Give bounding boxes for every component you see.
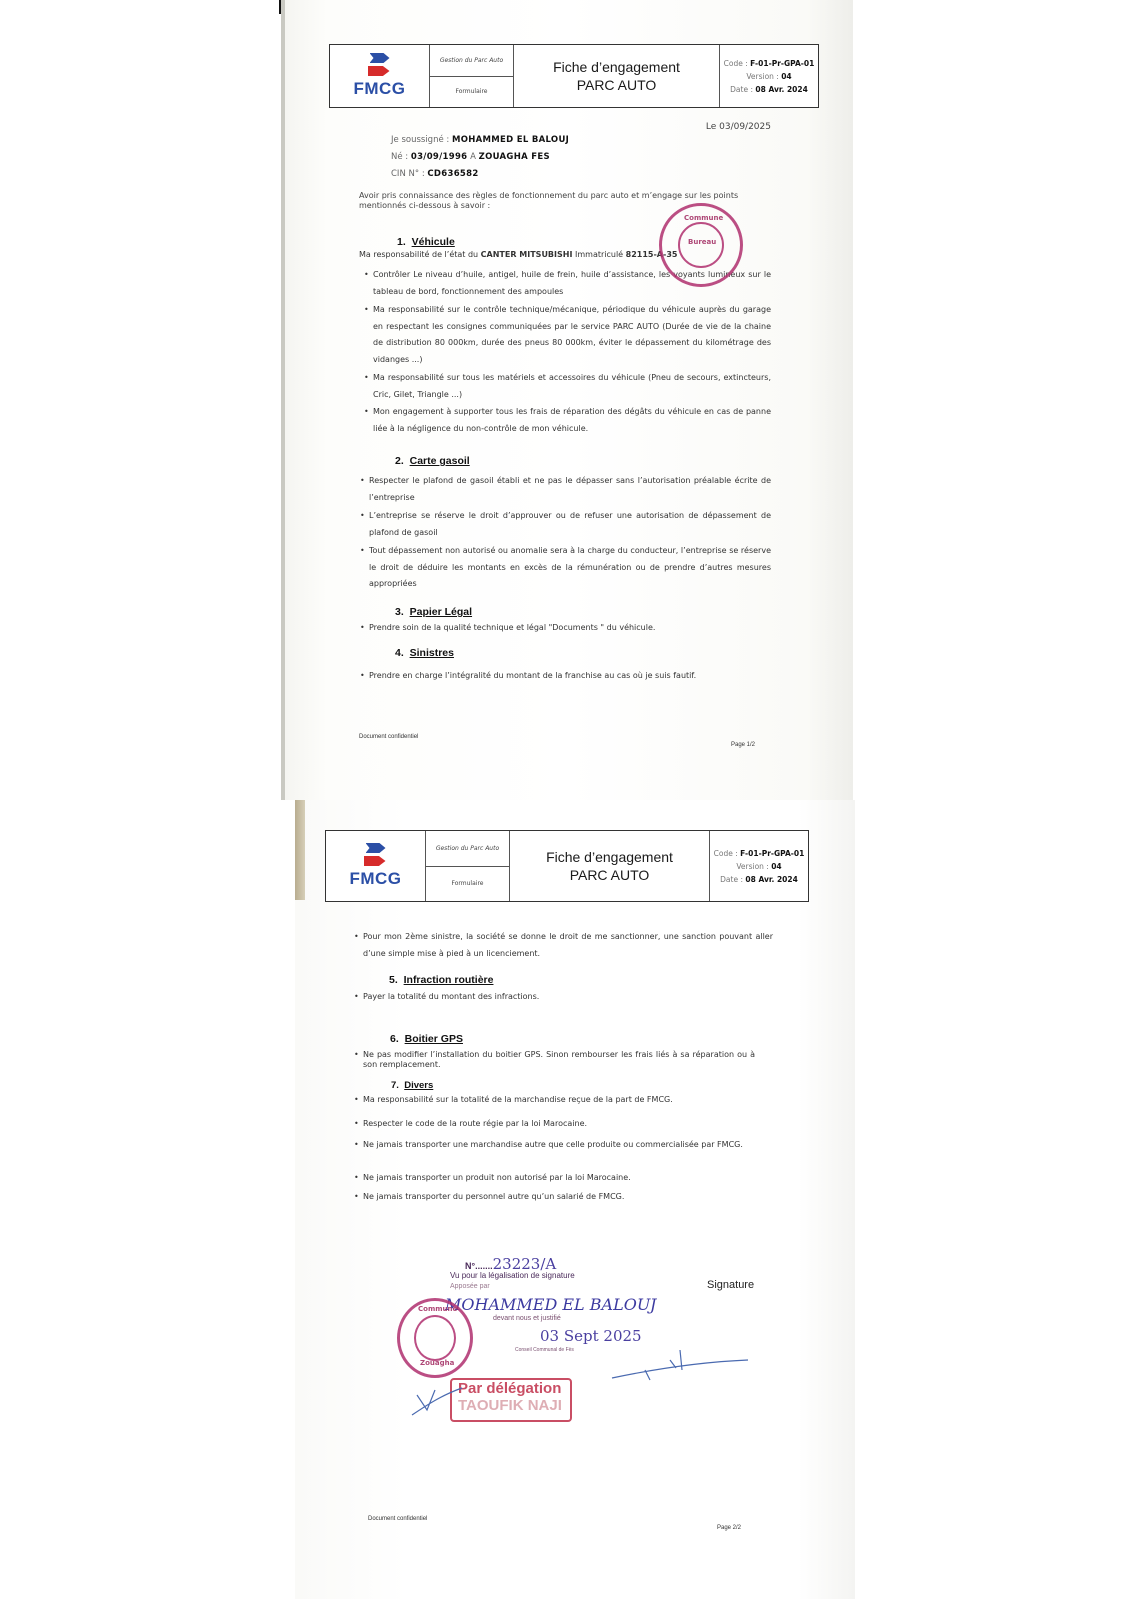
section-2-title: 2. Carte gasoil [395, 455, 470, 467]
logo-text: FMCG [353, 79, 405, 99]
document-title: Fiche d’engagement PARC AUTO [510, 831, 710, 901]
list-item: •Tout dépassement non autorisé ou anomal… [369, 543, 771, 593]
undersigned-line: Je soussigné : MOHAMMED EL BALOUJ [391, 135, 569, 145]
code-label: Code : [714, 849, 738, 858]
bullet-text: Payer la totalité du montant des infract… [363, 992, 539, 1001]
bullet-text: Ma responsabilité sur tous les matériels… [373, 373, 771, 399]
number-label: N° [465, 1261, 475, 1271]
section-5-title: 5. Infraction routière [389, 974, 493, 986]
born-place: ZOUAGHA FES [479, 152, 550, 162]
code-value: F-01-Pr-GPA-01 [740, 849, 804, 858]
header-dept: Gestion du Parc Auto Formulaire [426, 831, 510, 901]
section-label: Carte gasoil [410, 455, 470, 467]
section-num: 6. [390, 1033, 399, 1045]
undersigned-label: Je soussigné : [391, 135, 449, 145]
section-label: Divers [404, 1080, 433, 1091]
commune-stamp: Commune Bureau [659, 203, 743, 287]
page-edge [295, 800, 305, 900]
lead-mid: Immatriculé [572, 250, 625, 259]
section-1-title: 1. Véhicule [397, 236, 455, 248]
list-item: •Ne pas modifier l’installation du boiti… [363, 1050, 755, 1070]
list-item: •Prendre soin de la qualité technique et… [369, 620, 789, 637]
list-item: •Respecter le code de la route régie par… [363, 1116, 783, 1133]
bullet-text: Ne jamais transporter un produit non aut… [363, 1173, 631, 1182]
undersigned-name: MOHAMMED EL BALOUJ [452, 135, 569, 145]
date-value: 08 Avr. 2024 [745, 875, 797, 884]
cin-line: CIN N° : CD636582 [391, 169, 479, 179]
code-row: Code : F-01-Pr-GPA-01 [714, 847, 805, 860]
section-3-title: 3. Papier Légal [395, 606, 472, 618]
section-num: 4. [395, 647, 404, 659]
bullet-text: Ne jamais transporter du personnel autre… [363, 1192, 624, 1201]
initials-scribble-icon [407, 1380, 467, 1420]
list-item: •Ne jamais transporter une marchandise a… [363, 1140, 763, 1150]
bullet-text: Pour mon 2ème sinistre, la société se do… [363, 932, 773, 958]
document-header: FMCG Gestion du Parc Auto Formulaire Fic… [325, 830, 809, 902]
version-label: Version : [736, 862, 769, 871]
date-value: 08 Avr. 2024 [755, 85, 807, 94]
section-label: Véhicule [412, 236, 455, 248]
commune-text: Conseil Communal de Fès [515, 1347, 574, 1353]
bullet-text: Respecter le plafond de gasoil établi et… [369, 476, 771, 502]
section-label: Sinistres [410, 647, 454, 659]
list-item: •Payer la totalité du montant des infrac… [363, 989, 773, 1006]
section-num: 7. [391, 1080, 399, 1091]
continuation-item: •Pour mon 2ème sinistre, la société se d… [363, 928, 773, 962]
list-item: •Ne jamais transporter du personnel autr… [363, 1189, 783, 1206]
section-num: 1. [397, 236, 406, 248]
document-page-1: FMCG Gestion du Parc Auto Formulaire Fic… [281, 0, 853, 800]
delegation-line-2: TAOUFIK NAJI [458, 1397, 570, 1414]
department-label: Gestion du Parc Auto [426, 831, 509, 866]
date-row: Date : 08 Avr. 2024 [720, 873, 798, 886]
doc-type-label: Formulaire [426, 866, 509, 902]
version-row: Version : 04 [746, 70, 791, 83]
date-label: Date : [730, 85, 753, 94]
document-meta: Code : F-01-Pr-GPA-01 Version : 04 Date … [720, 45, 818, 107]
delegation-line-1: Par délégation [458, 1380, 570, 1397]
stamp-label: Commune [684, 214, 723, 222]
bullet-text: L’entreprise se réserve le droit d’appro… [369, 511, 771, 537]
section-label: Boitier GPS [405, 1033, 463, 1045]
bullet-text: Ne jamais transporter une marchandise au… [363, 1140, 743, 1149]
appose-label: Apposée par [450, 1283, 490, 1290]
cin-label: CIN N° : [391, 169, 425, 179]
delegation-stamp: Par délégation TAOUFIK NAJI [450, 1378, 572, 1422]
list-item: •Prendre en charge l’intégralité du mont… [369, 668, 789, 685]
footer-confidential: Document confidentiel [368, 1516, 427, 1522]
list-item: •Mon engagement à supporter tous les fra… [373, 404, 771, 437]
section-num: 2. [395, 455, 404, 467]
header-dept: Gestion du Parc Auto Formulaire [430, 45, 514, 107]
section-4-title: 4. Sinistres [395, 647, 454, 659]
legalization-text: Vu pour la légalisation de signature [450, 1271, 575, 1280]
list-item: •Ma responsabilité sur le contrôle techn… [373, 302, 771, 368]
date-row: Date : 08 Avr. 2024 [730, 83, 808, 96]
devant-text: devant nous et justifié [493, 1315, 561, 1322]
document-page-2: FMCG Gestion du Parc Auto Formulaire Fic… [295, 800, 855, 1599]
version-value: 04 [771, 862, 781, 871]
version-value: 04 [781, 72, 791, 81]
date-label: Date : [720, 875, 743, 884]
cin-value: CD636582 [427, 169, 478, 179]
page-number: Page 1/2 [731, 742, 755, 748]
signature-scribble-icon [610, 1340, 750, 1385]
department-label: Gestion du Parc Auto [430, 45, 513, 76]
stamp-label-2: Zouagha [420, 1359, 454, 1367]
code-value: F-01-Pr-GPA-01 [750, 59, 814, 68]
version-label: Version : [746, 72, 779, 81]
section-label: Papier Légal [410, 606, 472, 618]
document-meta: Code : F-01-Pr-GPA-01 Version : 04 Date … [710, 831, 808, 901]
code-row: Code : F-01-Pr-GPA-01 [724, 57, 815, 70]
doc-type-label: Formulaire [430, 76, 513, 108]
title-line-2: PARC AUTO [570, 866, 650, 884]
bullet-text: Ma responsabilité sur le contrôle techni… [373, 305, 771, 364]
commune-stamp: Commune Zouagha [397, 1298, 473, 1378]
page-number: Page 2/2 [717, 1525, 741, 1531]
list-item: •Ne jamais transporter un produit non au… [363, 1170, 783, 1187]
stamp-label-2: Bureau [688, 238, 716, 246]
stamp-label: Commune [418, 1305, 457, 1313]
page-edge [281, 0, 285, 800]
title-line-1: Fiche d’engagement [546, 848, 673, 866]
list-item: •Ma responsabilité sur tous les matériel… [373, 370, 771, 403]
born-sep: A [470, 152, 476, 162]
bullet-text: Prendre en charge l’intégralité du monta… [369, 671, 696, 680]
section-7-title: 7. Divers [391, 1080, 433, 1091]
section-label: Infraction routière [404, 974, 494, 986]
fmcg-arrow-icon [362, 843, 390, 869]
code-label: Code : [724, 59, 748, 68]
bullet-text: Respecter le code de la route régie par … [363, 1119, 587, 1128]
document-title: Fiche d’engagement PARC AUTO [514, 45, 720, 107]
list-item: •L’entreprise se réserve le droit d’appr… [369, 508, 771, 541]
bullet-text: Ma responsabilité sur la totalité de la … [363, 1095, 673, 1104]
born-label: Né : [391, 152, 408, 162]
section-num: 3. [395, 606, 404, 618]
signing-date: Le 03/09/2025 [706, 122, 771, 132]
title-line-2: PARC AUTO [577, 76, 657, 94]
logo-text: FMCG [349, 869, 401, 889]
footer-confidential: Document confidentiel [359, 734, 418, 740]
lead-prefix: Ma responsabilité de l’état du [359, 250, 481, 259]
fmcg-arrow-icon [366, 53, 394, 79]
vehicle-model: CANTER MITSUBISHI [481, 250, 573, 259]
section-num: 5. [389, 974, 398, 986]
list-item: •Respecter le plafond de gasoil établi e… [369, 473, 771, 506]
born-line: Né : 03/09/1996 A ZOUAGHA FES [391, 152, 550, 162]
title-line-1: Fiche d’engagement [553, 58, 680, 76]
company-logo: FMCG [326, 831, 426, 901]
handwritten-name: MOHAMMED EL BALOUJ [445, 1295, 656, 1314]
section-6-title: 6. Boitier GPS [390, 1033, 463, 1045]
list-item: •Ma responsabilité sur la totalité de la… [363, 1092, 783, 1109]
bullet-text: Prendre soin de la qualité technique et … [369, 623, 655, 632]
bullet-text: Mon engagement à supporter tous les frai… [373, 407, 771, 433]
document-header: FMCG Gestion du Parc Auto Formulaire Fic… [329, 44, 819, 108]
bullet-text: Ne pas modifier l’installation du boitie… [363, 1050, 755, 1069]
bullet-text: Tout dépassement non autorisé ou anomali… [369, 546, 771, 588]
version-row: Version : 04 [736, 860, 781, 873]
born-date: 03/09/1996 [411, 152, 468, 162]
company-logo: FMCG [330, 45, 430, 107]
signature-label: Signature [707, 1279, 754, 1291]
